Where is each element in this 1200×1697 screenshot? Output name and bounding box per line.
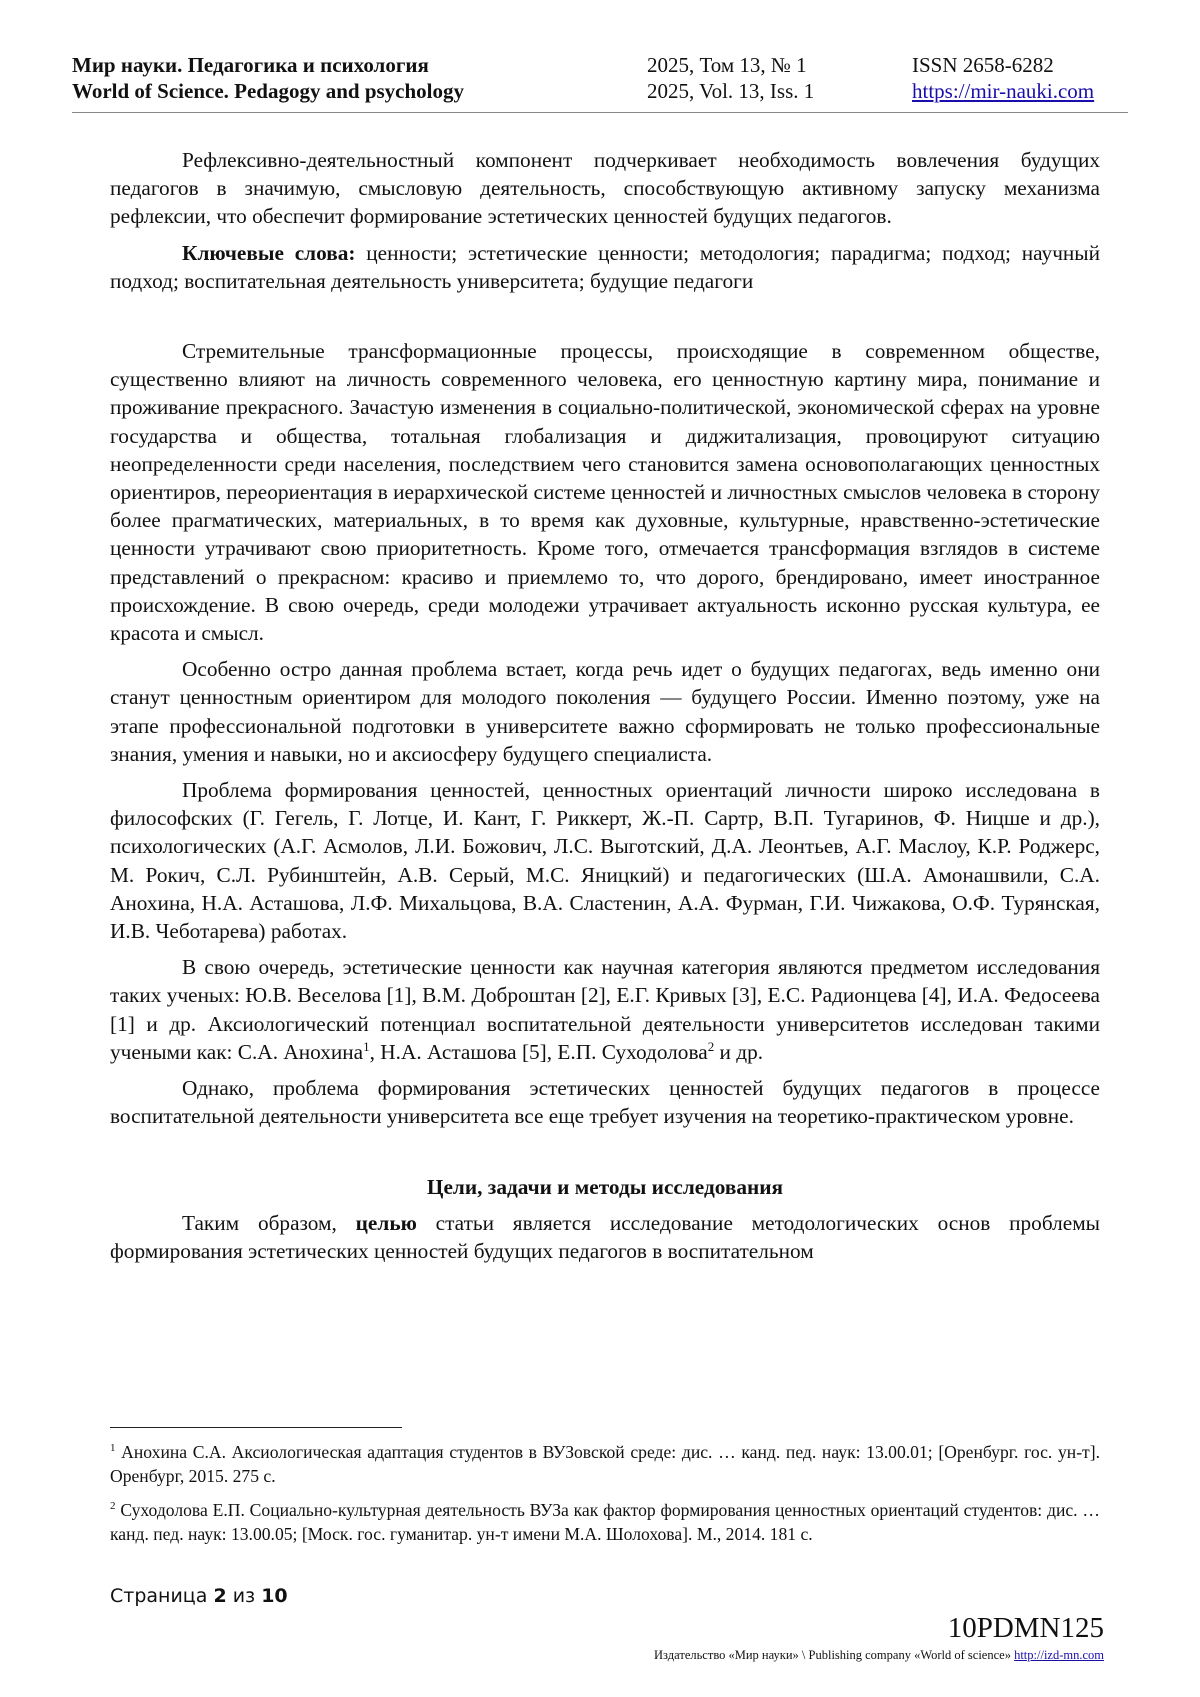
section-title: Цели, задачи и методы исследования — [110, 1173, 1100, 1201]
p6-text-a: Таким образом, — [182, 1211, 356, 1235]
keywords-label: Ключевые слова: — [182, 241, 355, 265]
issn: ISSN 2658-6282 — [912, 52, 1094, 78]
issue-ru: 2025, Том 13, № 1 — [647, 52, 814, 78]
body-paragraph-1: Стремительные трансформационные процессы… — [110, 337, 1100, 647]
issue-info-block: 2025, Том 13, № 1 2025, Vol. 13, Iss. 1 — [647, 52, 814, 104]
journal-header: Мир науки. Педагогика и психология World… — [72, 52, 1128, 113]
page-total: 10 — [261, 1585, 287, 1607]
abstract-paragraph: Рефлексивно-деятельностный компонент под… — [110, 146, 1100, 231]
body-paragraph-3: Проблема формирования ценностей, ценност… — [110, 776, 1100, 945]
body-paragraph-2: Особенно остро данная проблема встает, к… — [110, 655, 1100, 768]
article-body: Рефлексивно-деятельностный компонент под… — [110, 146, 1100, 1273]
page-label: Страница — [110, 1585, 213, 1607]
journal-title-block: Мир науки. Педагогика и психология World… — [72, 52, 464, 104]
journal-url-link[interactable]: https://mir-nauki.com — [912, 79, 1094, 103]
publisher-line: Издательство «Мир науки» \ Publishing co… — [654, 1648, 1104, 1663]
body-paragraph-6: Таким образом, целью статьи является исс… — [110, 1209, 1100, 1265]
footnote-text: Анохина С.А. Аксиологическая адаптация с… — [110, 1442, 1100, 1486]
body-paragraph-4: В свою очередь, эстетические ценности ка… — [110, 953, 1100, 1066]
page-of: из — [227, 1585, 262, 1607]
publisher-url-link[interactable]: http://izd-mn.com — [1014, 1648, 1104, 1662]
p6-bold: целью — [356, 1211, 417, 1235]
footnote-1: 1 Анохина С.А. Аксиологическая адаптация… — [110, 1440, 1100, 1488]
p4-text-b: , Н.А. Асташова [5], Е.П. Суходолова — [370, 1040, 708, 1064]
journal-title-ru: Мир науки. Педагогика и психология — [72, 52, 464, 78]
page-number: Страница 2 из 10 — [110, 1585, 288, 1607]
page-current: 2 — [213, 1585, 226, 1607]
issue-en: 2025, Vol. 13, Iss. 1 — [647, 78, 814, 104]
article-code: 10PDMN125 — [948, 1612, 1104, 1645]
footnote-2: 2 Суходолова Е.П. Социально-культурная д… — [110, 1498, 1100, 1546]
footnote-divider — [110, 1427, 402, 1428]
publisher-text: Издательство «Мир науки» \ Publishing co… — [654, 1648, 1014, 1662]
p4-text-c: и др. — [714, 1040, 763, 1064]
journal-title-en: World of Science. Pedagogy and psycholog… — [72, 78, 464, 104]
keywords-paragraph: Ключевые слова: ценности; эстетические ц… — [110, 239, 1100, 295]
issn-block: ISSN 2658-6282 https://mir-nauki.com — [912, 52, 1094, 104]
body-paragraph-5: Однако, проблема формирования эстетическ… — [110, 1074, 1100, 1130]
footnote-text: Суходолова Е.П. Социально-культурная дея… — [110, 1500, 1100, 1544]
footnotes: 1 Анохина С.А. Аксиологическая адаптация… — [110, 1440, 1100, 1556]
